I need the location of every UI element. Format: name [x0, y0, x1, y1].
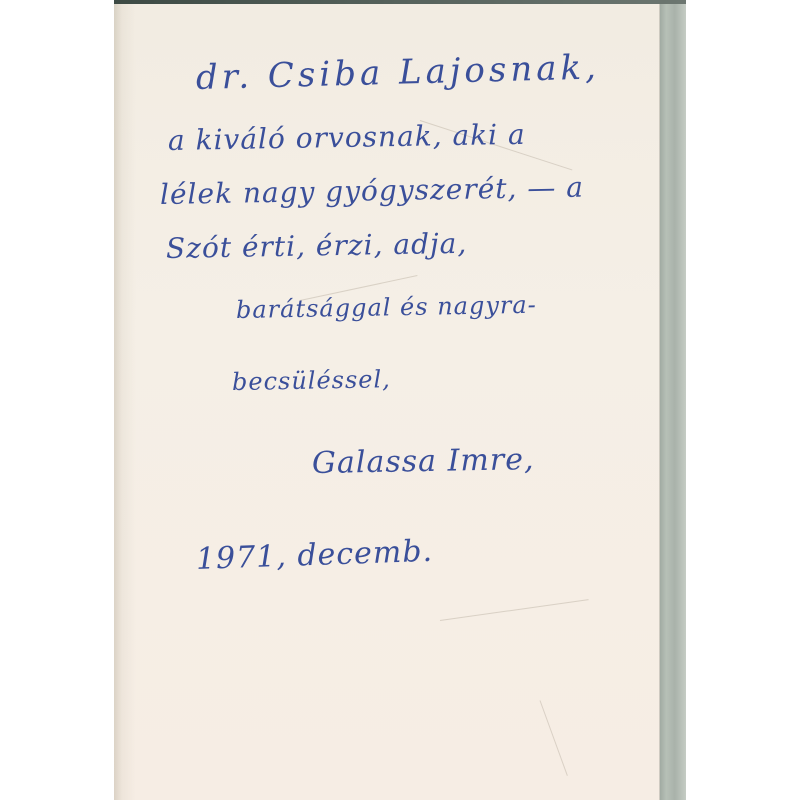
book-edge: [658, 0, 686, 800]
author-signature: Galassa Imre,: [312, 442, 535, 481]
inscription-line: Szót érti, érzi, adja,: [166, 227, 468, 265]
inscription-line: a kiváló orvosnak, aki a: [168, 118, 526, 157]
book-cover-strip: [114, 0, 686, 4]
inscription-line: barátsággal és nagyra-: [236, 291, 537, 324]
inscription-line: becsüléssel,: [232, 365, 391, 396]
scanned-page-scene: dr. Csiba Lajosnak, a kiváló orvosnak, a…: [0, 0, 800, 800]
